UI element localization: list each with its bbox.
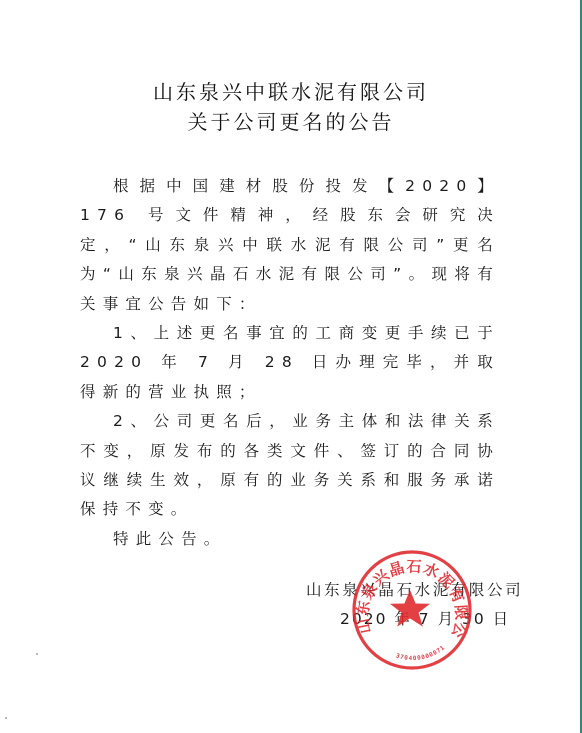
scan-speck xyxy=(5,717,7,719)
paragraph-item-1: 1、上述更名事宜的工商变更手续已于 2020 年 7 月 28 日办理完毕，并取… xyxy=(80,319,500,407)
scan-speck xyxy=(36,653,38,655)
company-seal: 山东泉兴晶石水泥有限公司 370400000071 xyxy=(350,548,474,672)
star-icon xyxy=(390,590,430,627)
svg-text:370400000071: 370400000071 xyxy=(395,644,447,662)
document-body: 根据中国建材股份投发【2020】176 号文件精神，经股东会研究决定，“山东泉兴… xyxy=(80,172,500,554)
paragraph-item-2: 2、公司更名后，业务主体和法律关系不变，原发布的各类文件、签订的合同协议继续生效… xyxy=(80,407,500,525)
seal-serial: 370400000071 xyxy=(395,644,447,662)
document-title-line1: 山东泉兴中联水泥有限公司 xyxy=(0,77,582,107)
document-title-line2: 关于公司更名的公告 xyxy=(0,107,582,137)
paragraph-intro: 根据中国建材股份投发【2020】176 号文件精神，经股东会研究决定，“山东泉兴… xyxy=(80,172,500,319)
